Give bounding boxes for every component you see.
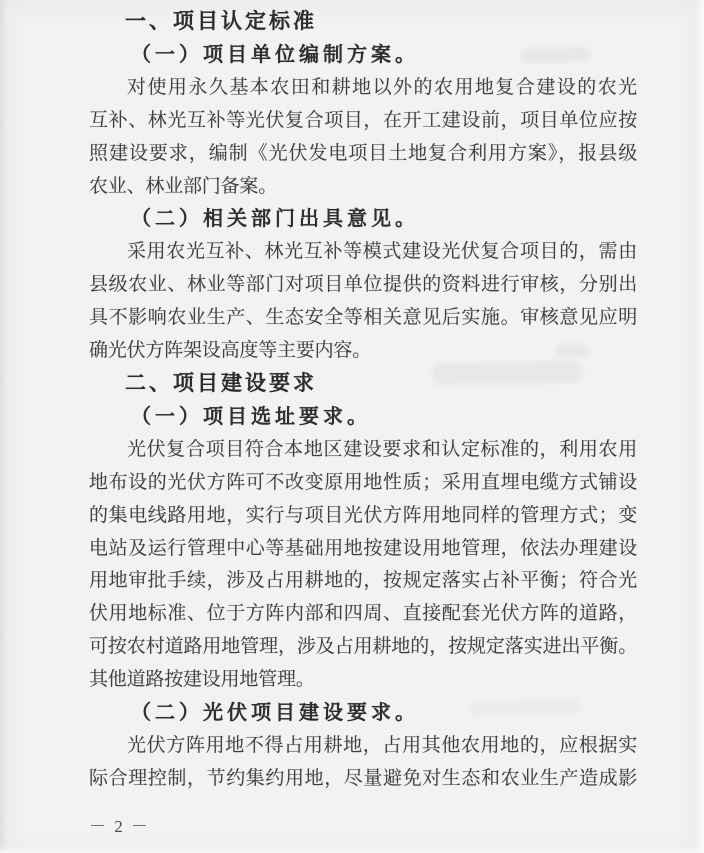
page-edge-shade (695, 0, 704, 853)
document-body: 一、项目认定标准（一）项目单位编制方案。对使用永久基本农田和耕地以外的农用地复合… (89, 6, 637, 796)
page-edge-shade (0, 0, 8, 853)
text-line: 际合理控制，节约集约用地，尽量避免对生态和农业生产造成影 (89, 763, 637, 796)
text-line: 电站及运行管理中心等基础用地按建设用地管理，依法办理建设 (89, 533, 637, 566)
section-heading: 一、项目认定标准 (89, 6, 637, 39)
text-line: 其他道路按建设用地管理。 (89, 664, 637, 697)
page-edge-shade (0, 845, 704, 853)
text-line: 县级农业、林业等部门对项目单位提供的资料进行审核，分别出 (89, 269, 637, 302)
text-line: 互补、林光互补等光伏复合项目，在开工建设前，项目单位应按 (89, 105, 637, 138)
text-line: 可按农村道路用地管理，涉及占用耕地的，按规定落实进出平衡。 (89, 631, 637, 664)
scanned-document-page: 一、项目认定标准（一）项目单位编制方案。对使用永久基本农田和耕地以外的农用地复合… (0, 0, 704, 853)
sub-heading: （二）光伏项目建设要求。 (89, 697, 637, 730)
text-line: 伏用地标准、位于方阵内部和四周、直接配套光伏方阵的道路， (89, 598, 637, 631)
sub-heading: （一）项目选址要求。 (89, 401, 637, 434)
page-number: － 2 － (89, 812, 150, 837)
text-line: 农业、林业部门备案。 (89, 171, 637, 204)
text-line: 地布设的光伏方阵可不改变原用地性质；采用直埋电缆方式铺设 (89, 467, 637, 500)
text-line: 光伏复合项目符合本地区建设要求和认定标准的，利用农用 (89, 434, 637, 467)
text-line: 具不影响农业生产、生态安全等相关意见后实施。审核意见应明 (89, 302, 637, 335)
text-line: 照建设要求，编制《光伏发电项目土地复合利用方案》，报县级 (89, 138, 637, 171)
text-line: 光伏方阵用地不得占用耕地，占用其他农用地的，应根据实 (89, 730, 637, 763)
paragraph: 光伏方阵用地不得占用耕地，占用其他农用地的，应根据实际合理控制，节约集约用地，尽… (89, 730, 637, 796)
section-heading: 二、项目建设要求 (89, 368, 637, 401)
sub-heading: （一）项目单位编制方案。 (89, 39, 637, 72)
text-line: 采用农光互补、林光互补等模式建设光伏复合项目的，需由 (89, 236, 637, 269)
text-line: 确光伏方阵架设高度等主要内容。 (89, 335, 637, 368)
text-line: 用地审批手续，涉及占用耕地的，按规定落实占补平衡；符合光 (89, 565, 637, 598)
paragraph: 光伏复合项目符合本地区建设要求和认定标准的，利用农用地布设的光伏方阵可不改变原用… (89, 434, 637, 697)
text-line: 对使用永久基本农田和耕地以外的农用地复合建设的农光 (89, 72, 637, 105)
text-line: 的集电线路用地，实行与项目光伏方阵用地同样的管理方式；变 (89, 500, 637, 533)
paragraph: 采用农光互补、林光互补等模式建设光伏复合项目的，需由县级农业、林业等部门对项目单… (89, 236, 637, 368)
paragraph: 对使用永久基本农田和耕地以外的农用地复合建设的农光互补、林光互补等光伏复合项目，… (89, 72, 637, 204)
sub-heading: （二）相关部门出具意见。 (89, 203, 637, 236)
